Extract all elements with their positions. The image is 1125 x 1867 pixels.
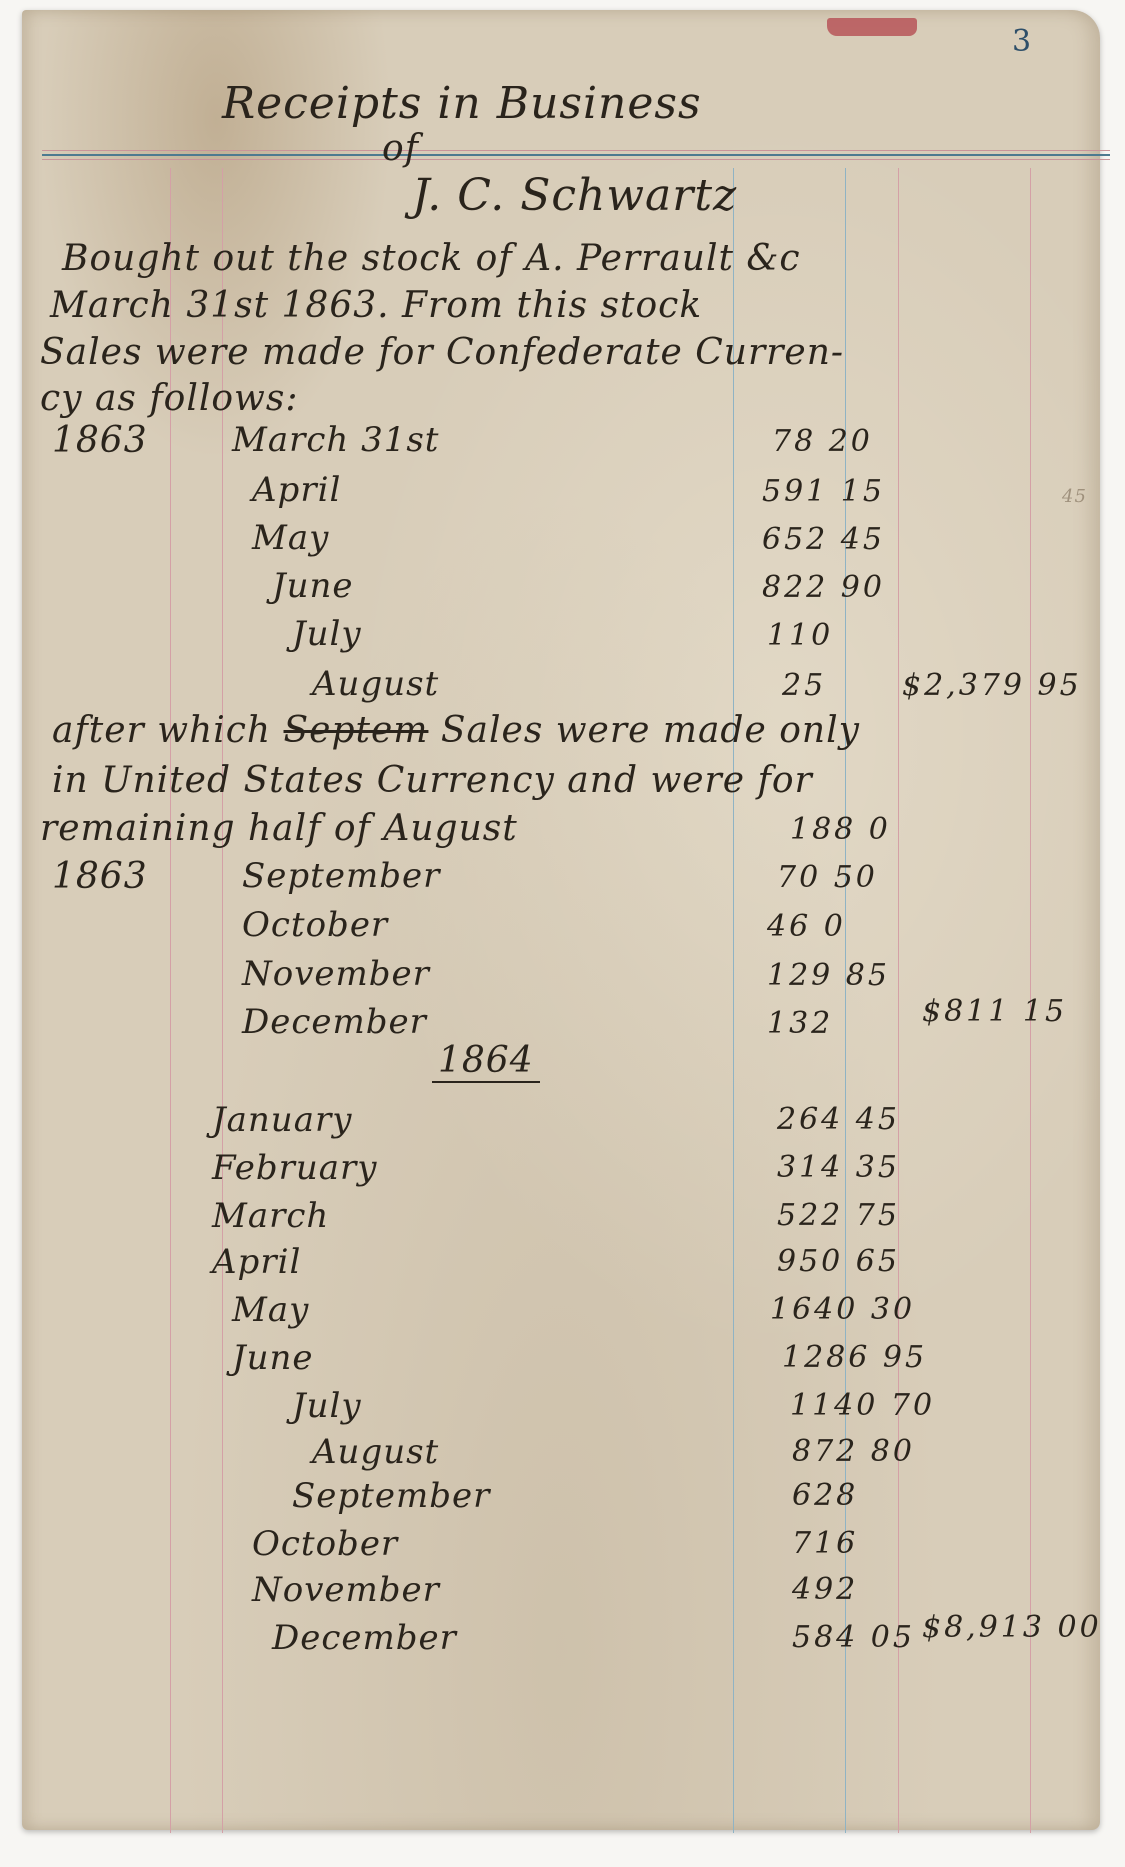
month-label: October [252, 1524, 398, 1564]
text: Sales were made only [428, 710, 859, 751]
title-of: of [382, 128, 419, 169]
intro-line-4: cy as follows: [40, 378, 298, 419]
section-total: $8,913 00 [922, 1610, 1102, 1645]
red-ink-stain [827, 18, 917, 36]
amount: 110 [767, 618, 833, 653]
month-label: April [212, 1242, 301, 1282]
month-label: September [242, 856, 440, 896]
amount: 950 65 [777, 1244, 900, 1279]
transition-line-2: in United States Currency and were for [52, 760, 813, 801]
month-label: June [272, 566, 354, 606]
amount: 129 85 [767, 958, 890, 993]
amount: 132 [767, 1006, 833, 1041]
month-label: December [242, 1002, 427, 1042]
month-label: December [272, 1618, 457, 1658]
struck-text: Septem [284, 710, 429, 751]
amount: 264 45 [777, 1102, 900, 1137]
amount: 716 [792, 1526, 858, 1561]
amount: 70 50 [777, 860, 878, 895]
month-label: May [232, 1290, 309, 1330]
section-total: $811 15 [922, 994, 1067, 1029]
margin-mark: 45 [1062, 486, 1087, 507]
month-label: March [212, 1196, 329, 1236]
amount: 46 0 [767, 909, 846, 944]
year-1863-us: 1863 [52, 856, 148, 897]
month-label: February [212, 1148, 378, 1188]
year-1863-confederate: 1863 [52, 420, 148, 461]
intro-line-1: Bought out the stock of A. Perrault &c [62, 238, 801, 279]
document-title: Receipts in Business [222, 78, 702, 129]
intro-line-2: March 31st 1863. From this stock [50, 285, 702, 326]
amount: 25 [782, 668, 826, 703]
month-label: September [292, 1476, 490, 1516]
month-label: May [252, 518, 329, 558]
header-rule-red-top [42, 150, 1110, 151]
intro-line-3: Sales were made for Confederate Curren- [40, 332, 844, 373]
amount: 591 15 [762, 474, 885, 509]
amount: 1640 30 [770, 1292, 915, 1327]
month-label: July [292, 614, 362, 654]
ledger-page: 3 Receipts in Business of J. C. Schwartz… [22, 10, 1100, 1830]
amount: 188 0 [790, 812, 891, 847]
amount: 78 20 [772, 424, 873, 459]
text: after which [52, 710, 284, 751]
amount: 628 [792, 1478, 858, 1513]
amount: 522 75 [777, 1198, 900, 1233]
transition-line-3: remaining half of August [40, 808, 518, 849]
transition-line-1: after which Septem Sales were made only [52, 710, 860, 751]
amount: 822 90 [762, 570, 885, 605]
month-label: November [242, 954, 430, 994]
amount: 872 80 [792, 1434, 915, 1469]
month-label: January [212, 1100, 352, 1140]
page-number: 3 [1012, 24, 1031, 59]
month-label: August [312, 664, 439, 704]
month-label: July [292, 1386, 362, 1426]
amount: 1140 70 [790, 1388, 935, 1423]
header-rule-red-bottom [42, 159, 1110, 160]
month-label: August [312, 1432, 439, 1472]
year-1864-heading: 1864 [432, 1040, 540, 1083]
month-label: November [252, 1570, 440, 1610]
header-rule-blue [42, 154, 1110, 156]
total-rule-1 [898, 168, 899, 1833]
month-label: March 31st [232, 420, 439, 460]
section-total: $2,379 95 [902, 668, 1082, 703]
amount: 584 05 [792, 1620, 915, 1655]
month-label: October [242, 905, 388, 945]
amount: 314 35 [777, 1150, 900, 1185]
amount-rule-1 [733, 168, 734, 1833]
month-label: April [252, 470, 341, 510]
amount: 1286 95 [782, 1340, 927, 1375]
month-label: June [232, 1338, 314, 1378]
amount: 492 [792, 1572, 858, 1607]
owner-name: J. C. Schwartz [412, 170, 737, 221]
amount: 652 45 [762, 522, 885, 557]
